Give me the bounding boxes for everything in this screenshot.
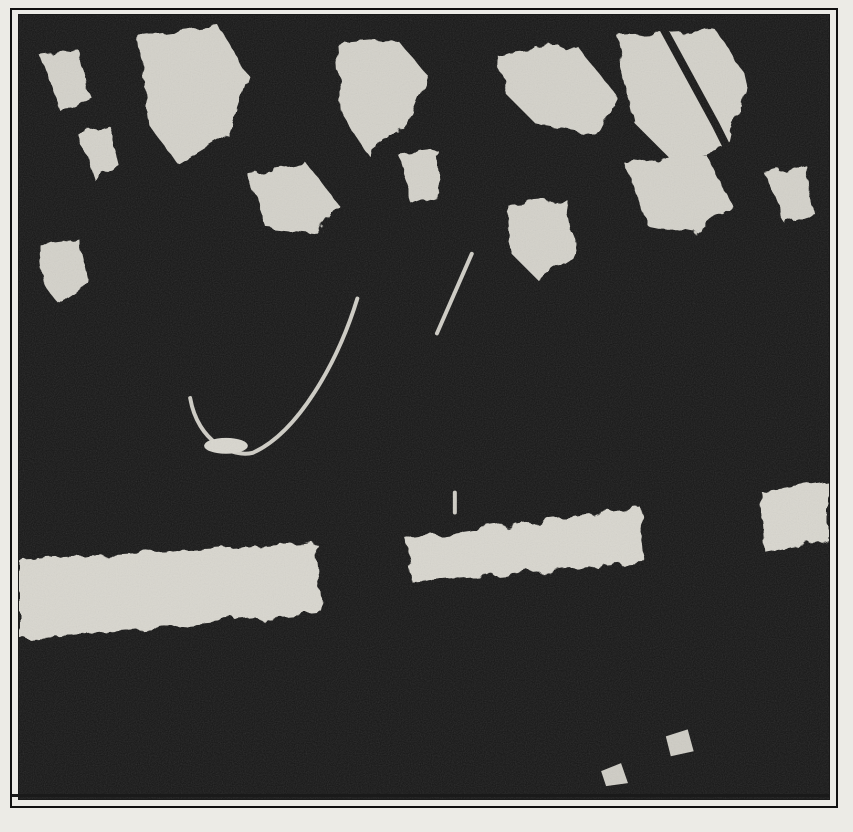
photo-frame: [10, 8, 838, 808]
border-rule: [12, 794, 830, 797]
photo-scene: [19, 15, 829, 799]
halftone-photograph: [18, 14, 830, 800]
